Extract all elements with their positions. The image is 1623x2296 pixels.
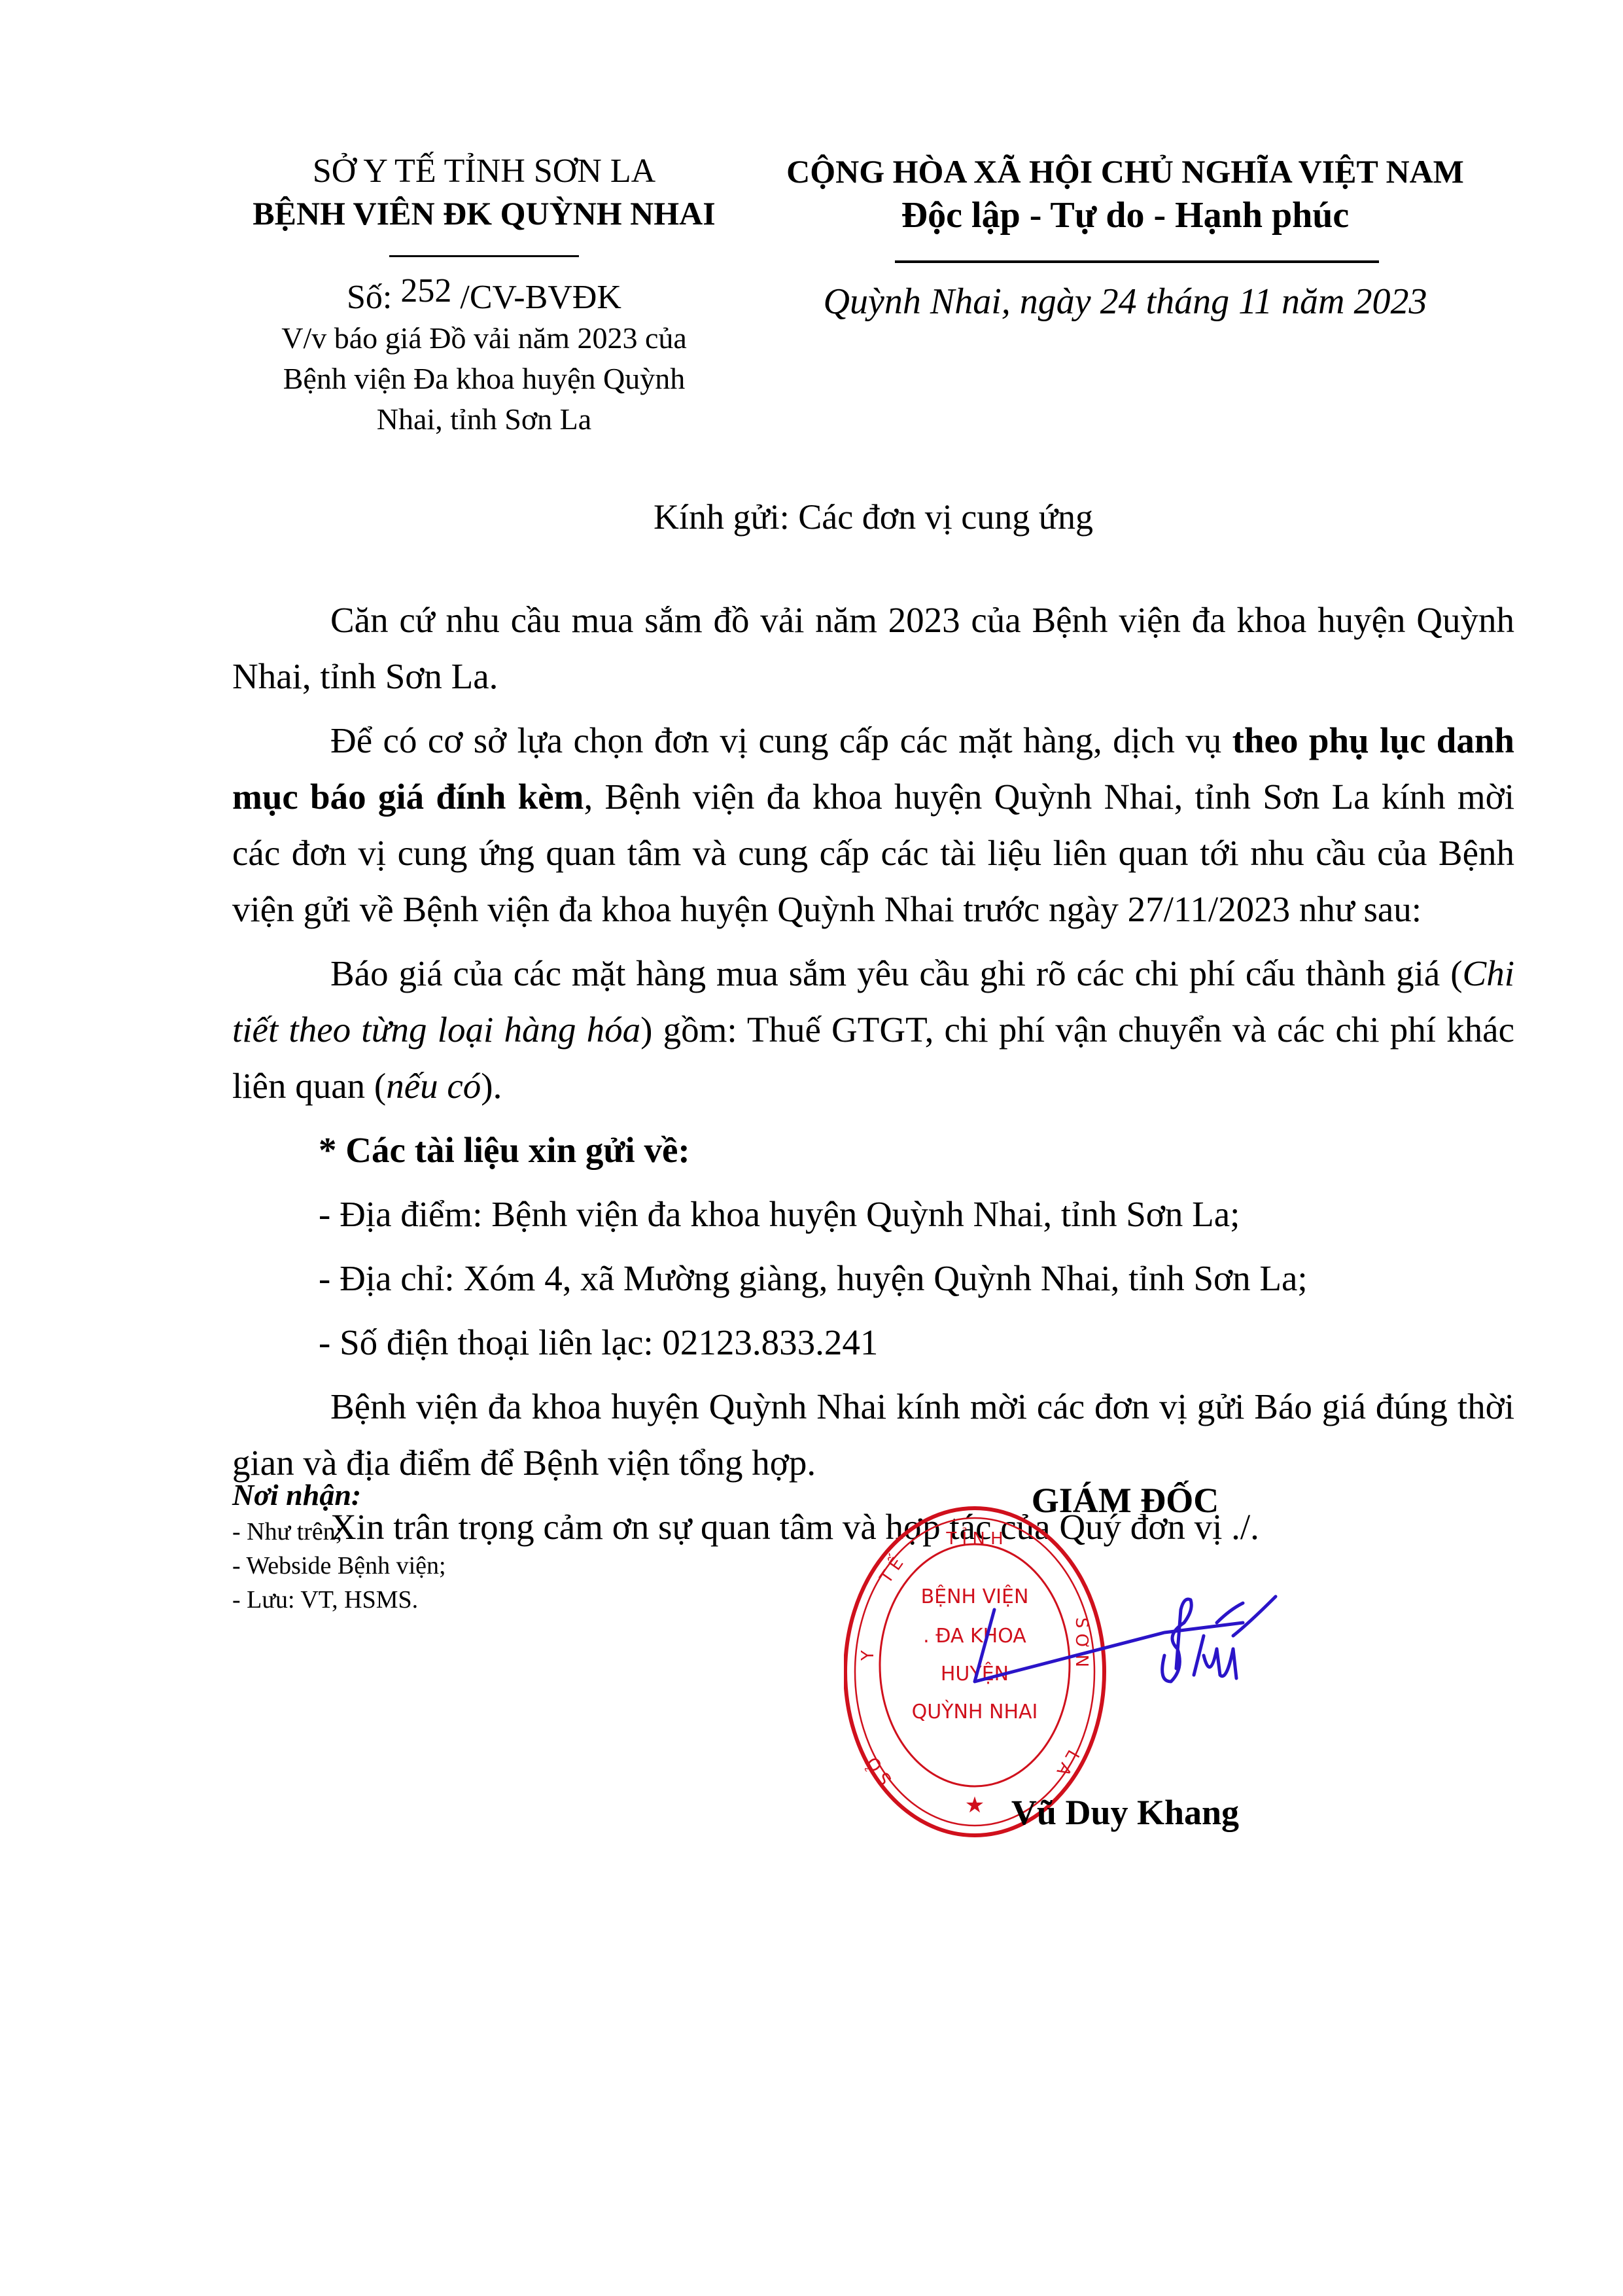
agency-name: SỞ Y TẾ TỈNH SƠN LA xyxy=(232,150,736,192)
document-subject: V/v báo giá Đồ vải năm 2023 của Bệnh việ… xyxy=(232,318,736,440)
paragraph-basis: Căn cứ nhu cầu mua sắm đồ vải năm 2023 c… xyxy=(232,592,1514,705)
recipient-item: - Webside Bệnh viện; xyxy=(232,1549,446,1583)
nation-name: CỘNG HÒA XÃ HỘI CHỦ NGHĨA VIỆT NAM xyxy=(739,150,1511,192)
letter-body: Căn cứ nhu cầu mua sắm đồ vải năm 2023 c… xyxy=(232,592,1514,1555)
subject-line: Nhai, tỉnh Sơn La xyxy=(232,399,736,440)
svg-text:T Ế: T Ế xyxy=(873,1552,908,1588)
svg-text:T Ỉ N H: T Ỉ N H xyxy=(945,1527,1003,1549)
svg-text:L A: L A xyxy=(1053,1746,1083,1779)
signer-name: Vũ Duy Khang xyxy=(935,1790,1315,1835)
svg-text:Y: Y xyxy=(858,1650,878,1661)
national-motto: Độc lập - Tự do - Hạnh phúc xyxy=(739,192,1511,238)
doc-number-prefix: Số: xyxy=(347,279,392,316)
header-left-rule xyxy=(389,255,579,257)
handwritten-signature-icon xyxy=(968,1583,1282,1701)
send-heading: * Các tài liệu xin gửi về: xyxy=(232,1122,1514,1178)
header-right-rule xyxy=(895,260,1379,263)
doc-number-value: 252 xyxy=(400,272,451,309)
header-right: CỘNG HÒA XÃ HỘI CHỦ NGHĨA VIỆT NAM Độc l… xyxy=(739,150,1511,238)
subject-line: V/v báo giá Đồ vải năm 2023 của xyxy=(232,318,736,359)
recipient-item: - Lưu: VT, HSMS. xyxy=(232,1583,446,1617)
place-date: Quỳnh Nhai, ngày 24 tháng 11 năm 2023 xyxy=(739,279,1511,325)
send-item-location: - Địa điểm: Bệnh viện đa khoa huyện Quỳn… xyxy=(232,1186,1514,1243)
paragraph-invitation: Để có cơ sở lựa chọn đơn vị cung cấp các… xyxy=(232,713,1514,938)
doc-number-suffix: /CV-BVĐK xyxy=(460,279,621,316)
unit-name: BỆNH VIÊN ĐK QUỲNH NHAI xyxy=(232,192,736,234)
svg-text:QUỲNH NHAI: QUỲNH NHAI xyxy=(912,1699,1038,1723)
document-number: Số: 252 /CV-BVĐK xyxy=(232,275,736,321)
recipients: Nơi nhận: - Như trên; - Webside Bệnh việ… xyxy=(232,1475,446,1617)
send-item-address: - Địa chỉ: Xóm 4, xã Mường giàng, huyện … xyxy=(232,1250,1514,1307)
paragraph-closing: Bệnh viện đa khoa huyện Quỳnh Nhai kính … xyxy=(232,1379,1514,1491)
paragraph-quote-requirements: Báo giá của các mặt hàng mua sắm yêu cầu… xyxy=(232,945,1514,1114)
recipient-item: - Như trên; xyxy=(232,1515,446,1549)
addressee: Kính gửi: Các đơn vị cung ứng xyxy=(232,494,1514,540)
send-item-phone: - Số điện thoại liên lạc: 02123.833.241 xyxy=(232,1315,1514,1371)
subject-line: Bệnh viện Đa khoa huyện Quỳnh xyxy=(232,359,736,399)
recipients-title: Nơi nhận: xyxy=(232,1475,446,1515)
header-left: SỞ Y TẾ TỈNH SƠN LA BỆNH VIÊN ĐK QUỲNH N… xyxy=(232,150,736,234)
